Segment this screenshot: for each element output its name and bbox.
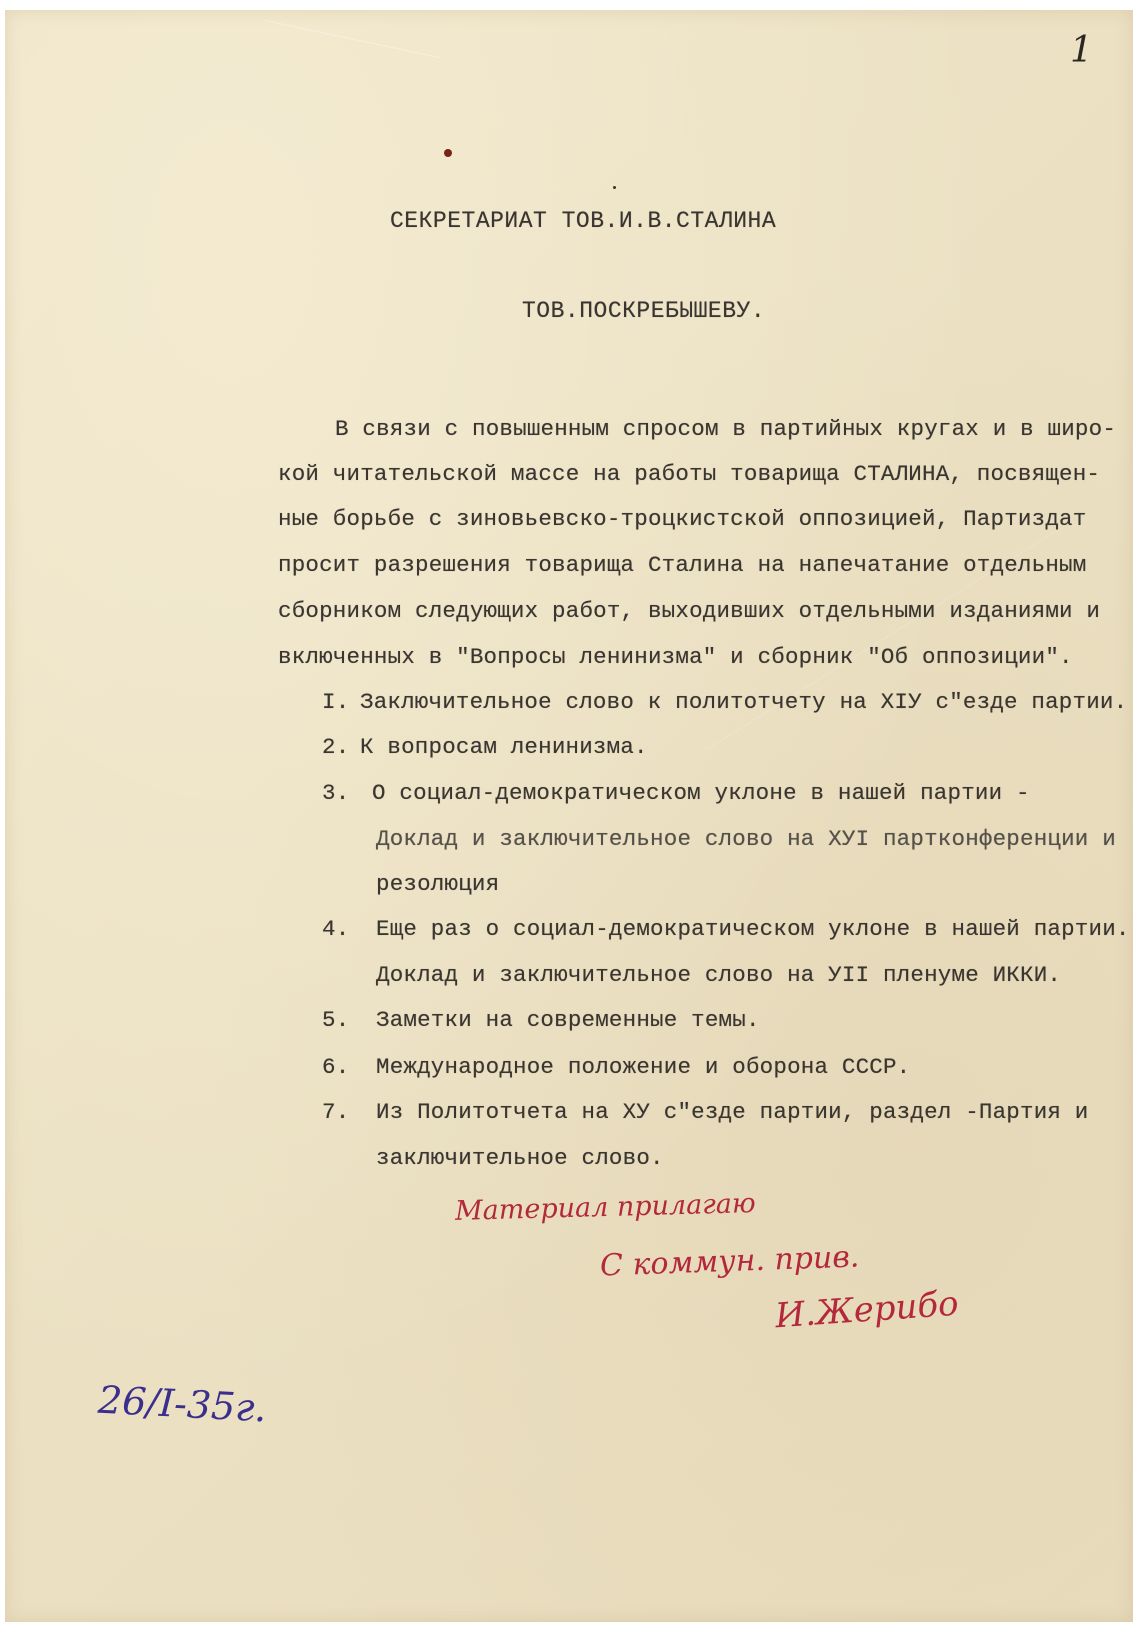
list-item-number: 3. — [322, 782, 349, 805]
paragraph-line: ные борьбе с зиновьевско-троцкистской оп… — [278, 508, 1086, 531]
document-page — [5, 10, 1133, 1622]
paragraph-line: В связи с повышенным спросом в партийных… — [335, 418, 1116, 441]
paragraph-line: сборником следующих работ, выходивших от… — [278, 600, 1100, 623]
header-secretariat: СЕКРЕТАРИАТ ТОВ.И.В.СТАЛИНА — [390, 210, 776, 233]
paragraph-line: просит разрешения товарища Сталина на на… — [278, 554, 1086, 577]
list-item-number: 2. — [322, 736, 349, 759]
handwritten-date: 26/I-35г. — [97, 1378, 268, 1431]
list-item-text: Заключительное слово к политотчету на XI… — [360, 691, 1127, 714]
list-item-number: 7. — [322, 1101, 349, 1124]
list-item-text: резолюция — [376, 873, 499, 896]
paragraph-line: кой читательской массе на работы товарищ… — [278, 463, 1100, 486]
paper-fold-line — [265, 20, 441, 58]
list-item-text: К вопросам ленинизма. — [360, 736, 648, 759]
list-item-text: Доклад и заключительное слово на ХУI пар… — [376, 828, 1116, 851]
list-item-text: Международное положение и оборона СССР. — [376, 1056, 910, 1079]
paragraph-line: включенных в "Вопросы ленинизма" и сборн… — [278, 646, 1073, 669]
list-item-text: Из Политотчета на ХУ с"езде партии, разд… — [376, 1101, 1089, 1124]
ink-spot — [444, 149, 452, 157]
list-item-text: Еще раз о социал-демократическом уклоне … — [376, 918, 1130, 941]
list-item-number: 5. — [322, 1009, 349, 1032]
list-item-number: I. — [322, 691, 349, 714]
ink-speck — [613, 186, 616, 189]
list-item-text: О социал-демократическом уклоне в нашей … — [372, 782, 1030, 805]
list-item-text: Заметки на современные темы. — [376, 1009, 760, 1032]
header-addressee: ТОВ.ПОСКРЕБЫШЕВУ. — [522, 300, 765, 323]
list-item-text: заключительное слово. — [376, 1147, 664, 1170]
list-item-number: 4. — [322, 918, 349, 941]
page-number: 1 — [1070, 30, 1093, 71]
list-item-text: Доклад и заключительное слово на УII пле… — [376, 964, 1061, 987]
list-item-number: 6. — [322, 1056, 349, 1079]
